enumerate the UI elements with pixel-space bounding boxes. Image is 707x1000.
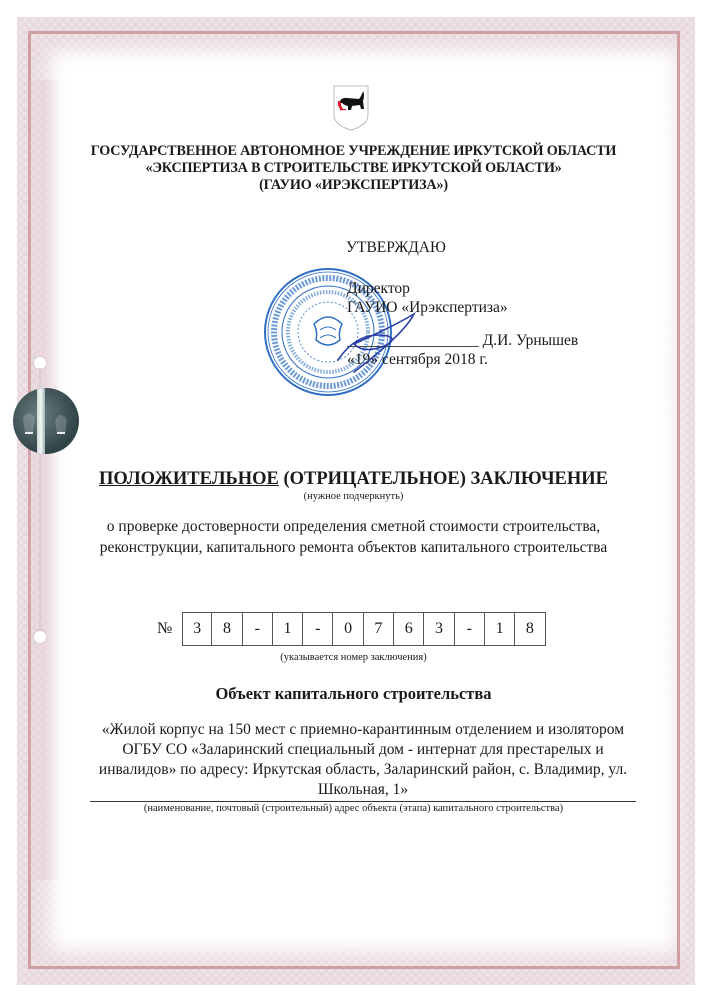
object-caption: (наименование, почтовый (строительный) а…	[0, 803, 707, 814]
conclusion-number: № 3 8 - 1 - 0 7 6 3 - 1 8	[157, 612, 546, 646]
number-box: 1	[273, 612, 303, 646]
number-box: 3	[424, 612, 454, 646]
conclusion-title: ПОЛОЖИТЕЛЬНОЕ (ОТРИЦАТЕЛЬНОЕ) ЗАКЛЮЧЕНИЕ	[0, 469, 707, 490]
number-box: 3	[182, 612, 212, 646]
number-box: 8	[212, 612, 242, 646]
number-box: 6	[394, 612, 424, 646]
org-name-line-3: (ГАУИО «ИРЭКСПЕРТИЗА»)	[0, 177, 707, 194]
number-box: 8	[515, 612, 545, 646]
conclusion-title-rest: (ОТРИЦАТЕЛЬНОЕ) ЗАКЛЮЧЕНИЕ	[279, 469, 608, 489]
number-box: -	[303, 612, 333, 646]
object-heading: Объект капитального строительства	[0, 684, 707, 704]
approver-position: Директор	[347, 279, 410, 298]
object-underline	[90, 801, 636, 802]
number-sign: №	[157, 620, 182, 638]
number-caption: (указывается номер заключения)	[0, 652, 707, 663]
hologram-seal-icon	[13, 388, 79, 454]
conclusion-subject-line-1: о проверке достоверности определения сме…	[0, 516, 707, 537]
number-box: 1	[485, 612, 515, 646]
org-name-line-1: ГОСУДАРСТВЕННОЕ АВТОНОМНОЕ УЧРЕЖДЕНИЕ ИР…	[0, 143, 707, 160]
number-box: 7	[364, 612, 394, 646]
conclusion-type-selected: ПОЛОЖИТЕЛЬНОЕ	[99, 469, 279, 489]
object-description: «Жилой корпус на 150 мест с приемно-кара…	[90, 720, 636, 800]
conclusion-subject-line-2: реконструкции, капитального ремонта объе…	[0, 537, 707, 558]
number-box: -	[455, 612, 485, 646]
number-box: -	[243, 612, 273, 646]
approval-heading: УТВЕРЖДАЮ	[346, 238, 446, 257]
irkutsk-coat-of-arms-icon	[333, 85, 369, 131]
org-name-line-2: «ЭКСПЕРТИЗА В СТРОИТЕЛЬСТВЕ ИРКУТСКОЙ ОБ…	[0, 160, 707, 177]
binding-hole-bottom	[34, 631, 46, 643]
conclusion-title-note: (нужное подчеркнуть)	[0, 491, 707, 502]
number-box: 0	[333, 612, 363, 646]
handwritten-signature-icon	[330, 300, 470, 380]
